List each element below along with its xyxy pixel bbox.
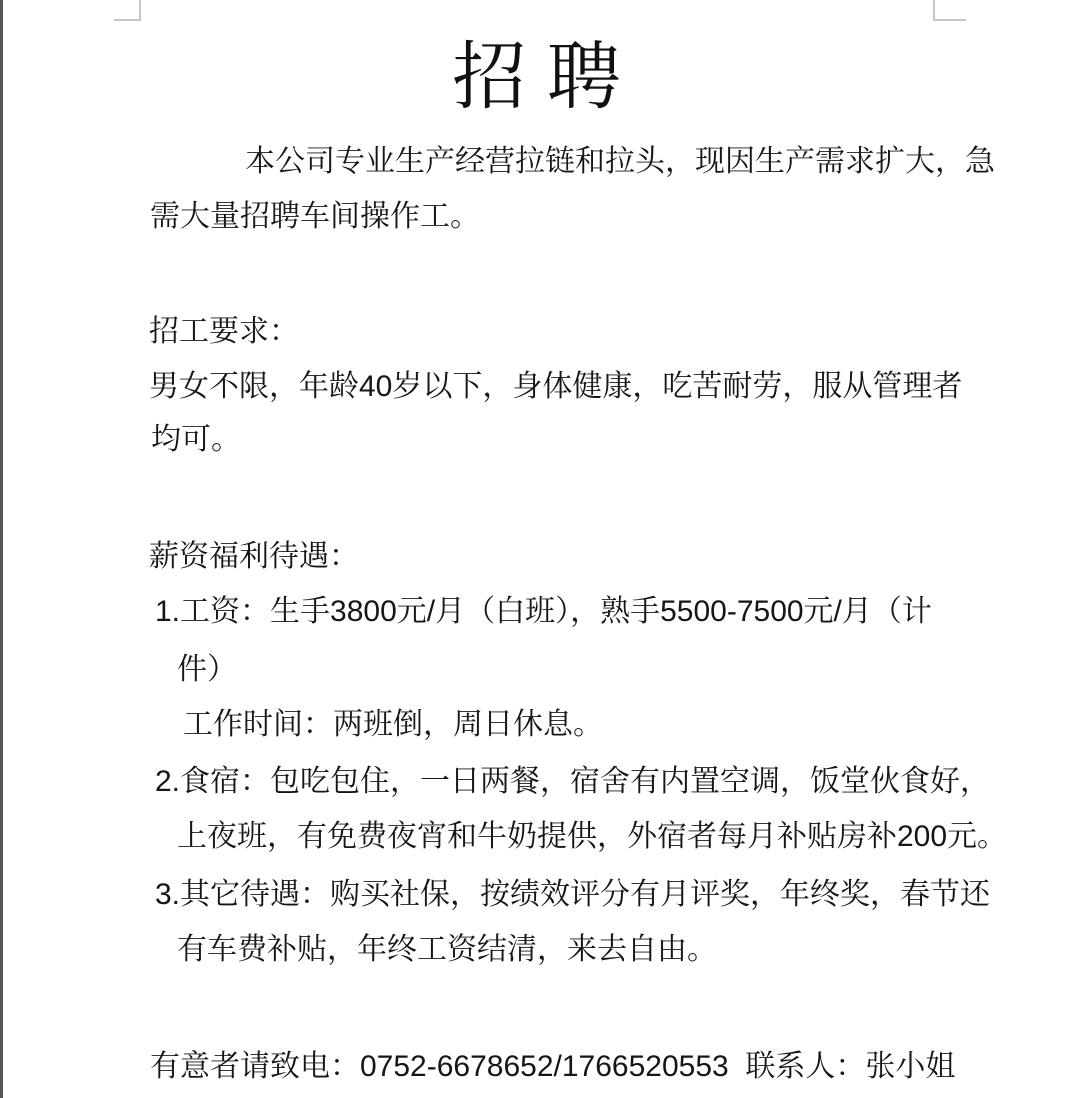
document-page: 招 聘 本公司专业生产经营拉链和拉头，现因生产需求扩大，急 需大量招聘车间操作工…	[0, 0, 1080, 1098]
intro-line-2: 需大量招聘车间操作工。	[150, 202, 480, 232]
other-benefits-line-1: 3.其它待遇：购买社保，按绩效评分有月评奖，年终奖，春节还	[155, 880, 990, 910]
margin-crop-mark-top-left	[114, 0, 141, 21]
intro-line-1: 本公司专业生产经营拉链和拉头，现因生产需求扩大，急	[245, 147, 995, 177]
benefits-heading: 薪资福利待遇：	[149, 542, 359, 572]
requirements-heading: 招工要求：	[149, 317, 299, 347]
document-title: 招 聘	[140, 36, 933, 117]
requirements-line-2: 均可。	[151, 425, 241, 455]
meals-line-1: 2.食宿：包吃包住，一日两餐，宿舍有内置空调，饭堂伙食好，	[155, 767, 990, 797]
page-left-edge-line	[0, 0, 3, 1098]
requirements-line-1: 男女不限，年龄40岁以下，身体健康，吃苦耐劳，服从管理者	[149, 372, 962, 402]
meals-line-2: 上夜班，有免费夜宵和牛奶提供，外宿者每月补贴房补200元。	[177, 822, 1007, 852]
margin-crop-mark-top-right	[933, 0, 966, 21]
other-benefits-line-2: 有车费补贴，年终工资结清，来去自由。	[177, 935, 717, 965]
contact-line: 有意者请致电：0752-6678652/1766520553 联系人：张小姐	[150, 1052, 955, 1082]
salary-line-2: 件）	[177, 655, 237, 685]
salary-line-1: 1.工资：生手3800元/月（白班），熟手5500-7500元/月（计	[155, 597, 932, 627]
work-hours-line: 工作时间：两班倒，周日休息。	[183, 710, 603, 740]
